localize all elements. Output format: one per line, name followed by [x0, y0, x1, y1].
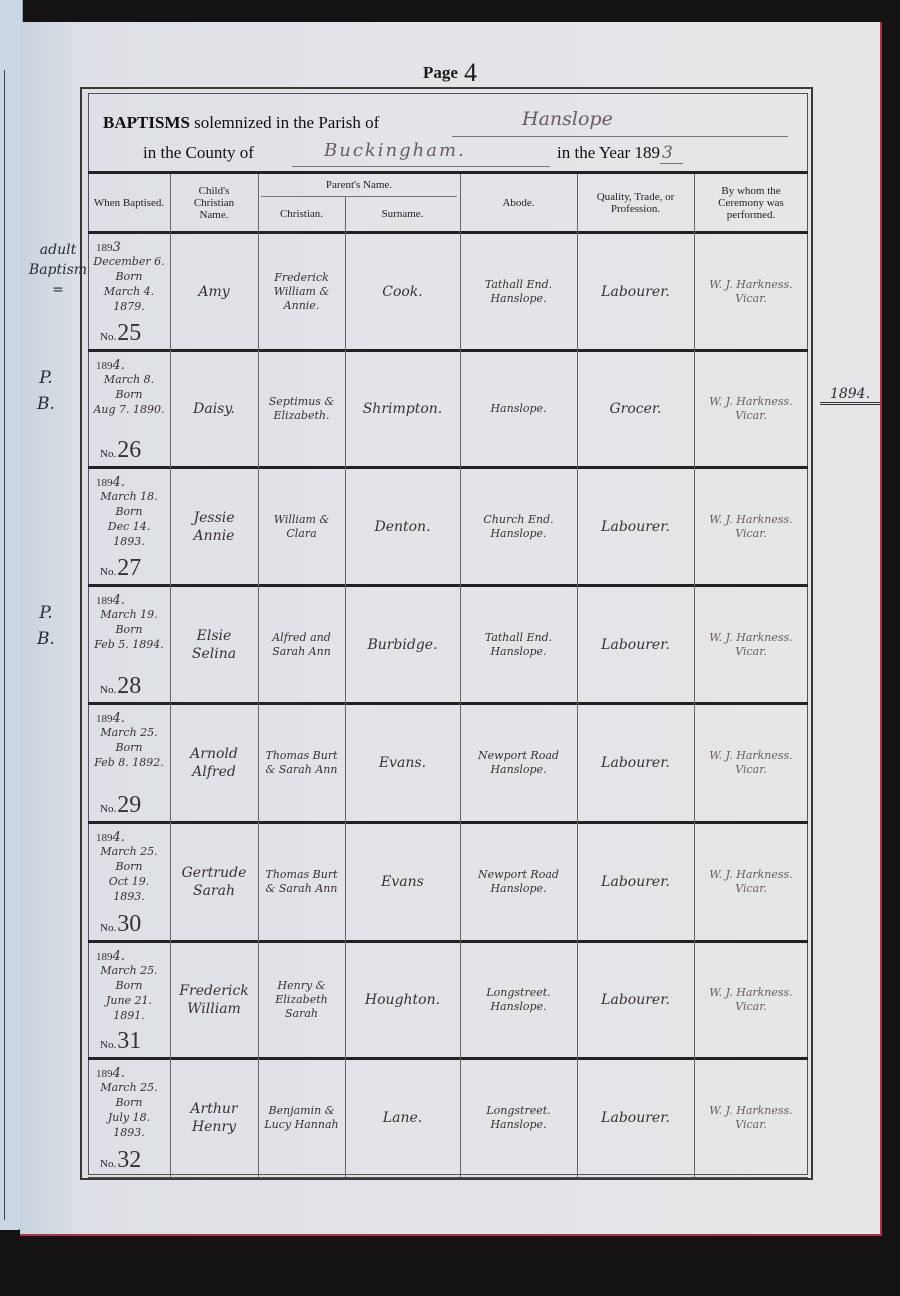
page-label-text: Page	[423, 63, 458, 82]
cell-surname: Burbidge.	[351, 587, 454, 702]
entry-number: No.32	[100, 1147, 141, 1174]
born-label: Born	[92, 622, 166, 637]
born-label: Born	[92, 740, 166, 755]
parish-value: Hanslope	[522, 108, 613, 130]
cell-surname: Shrimpton.	[351, 352, 454, 466]
baptism-year: 1894.	[96, 358, 125, 373]
page-number-value: 4	[464, 58, 477, 87]
cell-abode: Tathall End. Hanslope.	[466, 234, 571, 349]
col-header-quality: Quality, Trade, or Profession.	[577, 174, 694, 231]
cell-surname: Evans	[351, 824, 454, 940]
born-label: Born	[92, 269, 166, 284]
baptism-year: 1894.	[96, 711, 125, 726]
cell-when-baptised: 1894.March 25.BornJune 21. 1891.No.31	[88, 943, 170, 1057]
cell-parents-christian: Septimus & Elizabeth.	[264, 352, 339, 466]
cell-surname: Denton.	[351, 469, 454, 584]
title-county-label: in the County of	[143, 143, 254, 162]
col-header-when: When Baptised.	[88, 174, 170, 231]
col-divider	[577, 174, 578, 1177]
col-header-by-whom: By whom the Ceremony was performed.	[694, 174, 808, 231]
baptism-date: March 25.	[92, 725, 166, 740]
col-divider	[345, 197, 346, 1177]
cell-quality: Labourer.	[583, 824, 688, 940]
birth-date: March 4. 1879.	[92, 284, 166, 314]
cell-abode: Newport Road Hanslope.	[466, 824, 571, 940]
col-header-surname: Surname.	[345, 197, 460, 231]
cell-child: Frederick William	[176, 943, 252, 1057]
col-header-parents: Parent's Name.	[258, 174, 460, 196]
cell-parents-christian: Thomas Burt & Sarah Ann	[264, 705, 339, 821]
cell-quality: Labourer.	[583, 943, 688, 1057]
col-header-child: Child's Christian Name.	[170, 174, 258, 231]
baptism-year: 1893	[96, 240, 121, 255]
cell-parents-christian: Alfred and Sarah Ann	[264, 587, 339, 702]
cell-quality: Labourer.	[583, 1060, 688, 1176]
cell-by-whom: W. J. Harkness. Vicar.	[700, 234, 802, 349]
page-number: Page4	[0, 58, 900, 88]
cell-surname: Houghton.	[351, 943, 454, 1057]
baptism-date: March 25.	[92, 963, 166, 978]
cell-child: Jessie Annie	[176, 469, 252, 584]
cell-by-whom: W. J. Harkness. Vicar.	[700, 943, 802, 1057]
birth-date: Dec 14. 1893.	[92, 519, 166, 549]
cell-child: Arnold Alfred	[176, 705, 252, 821]
born-label: Born	[92, 504, 166, 519]
register-title-line1: BAPTISMS solemnized in the Parish of	[103, 113, 379, 133]
margin-note-adult-baptism: adult Baptism =	[28, 240, 88, 300]
born-label: Born	[92, 978, 166, 993]
birth-date: Oct 19. 1893.	[92, 874, 166, 904]
margin-note-year-1894: 1894.	[820, 386, 880, 405]
baptism-year: 1894.	[96, 949, 125, 964]
entry-number: No.28	[100, 673, 141, 700]
county-value: Buckingham.	[324, 140, 466, 161]
entry-number: No.31	[100, 1028, 141, 1055]
col-header-abode: Abode.	[460, 174, 577, 231]
baptism-date: March 18.	[92, 489, 166, 504]
cell-parents-christian: Thomas Burt & Sarah Ann	[264, 824, 339, 940]
cell-parents-christian: Henry & Elizabeth Sarah	[264, 943, 339, 1057]
cell-abode: Hanslope.	[466, 352, 571, 466]
title-baptisms: BAPTISMS	[103, 113, 190, 132]
cell-quality: Grocer.	[583, 352, 688, 466]
col-divider	[258, 174, 259, 1177]
cell-by-whom: W. J. Harkness. Vicar.	[700, 587, 802, 702]
cell-when-baptised: 1894.March 25.BornJuly 18. 1893.No.32	[88, 1060, 170, 1176]
cell-when-baptised: 1894.March 8.BornAug 7. 1890.No.26	[88, 352, 170, 466]
cell-surname: Cook.	[351, 234, 454, 349]
cell-by-whom: W. J. Harkness. Vicar.	[700, 352, 802, 466]
cell-abode: Newport Road Hanslope.	[466, 705, 571, 821]
col-divider	[460, 174, 461, 1177]
birth-date: Feb 8. 1892.	[92, 755, 166, 770]
baptism-year: 1894.	[96, 593, 125, 608]
margin-note-pb: P. B.	[34, 600, 58, 652]
baptism-year: 1894.	[96, 1066, 125, 1081]
cell-when-baptised: 1894.March 25.BornOct 19. 1893.No.30	[88, 824, 170, 940]
born-label: Born	[92, 387, 166, 402]
born-label: Born	[92, 859, 166, 874]
cell-parents-christian: William & Clara	[264, 469, 339, 584]
parish-field: Hanslope	[452, 116, 788, 137]
row-rule	[88, 1177, 808, 1178]
col-header-parent-christian: Christian.	[258, 197, 345, 231]
cell-child: Arthur Henry	[176, 1060, 252, 1176]
cell-parents-christian: Frederick William & Annie.	[264, 234, 339, 349]
cell-surname: Lane.	[351, 1060, 454, 1176]
entry-number: No.25	[100, 320, 141, 347]
col-divider	[170, 174, 171, 1177]
cell-quality: Labourer.	[583, 234, 688, 349]
baptism-year: 1894.	[96, 830, 125, 845]
cell-child: Gertrude Sarah	[176, 824, 252, 940]
born-label: Born	[92, 1095, 166, 1110]
cell-abode: Tathall End. Hanslope.	[466, 587, 571, 702]
entry-number: No.30	[100, 911, 141, 938]
baptism-year: 1894.	[96, 475, 125, 490]
birth-date: Feb 5. 1894.	[92, 637, 166, 652]
birth-date: July 18. 1893.	[92, 1110, 166, 1140]
register-year-label: in the Year 1893	[557, 143, 683, 163]
cell-parents-christian: Benjamin & Lucy Hannah	[264, 1060, 339, 1176]
cell-quality: Labourer.	[583, 587, 688, 702]
cell-by-whom: W. J. Harkness. Vicar.	[700, 1060, 802, 1176]
cell-abode: Church End. Hanslope.	[466, 469, 571, 584]
cell-child: Amy	[176, 234, 252, 349]
baptism-date: March 25.	[92, 844, 166, 859]
cell-abode: Longstreet. Hanslope.	[466, 1060, 571, 1176]
title-year-label: in the Year 189	[557, 143, 660, 162]
baptism-date: December 6.	[92, 254, 166, 269]
cell-quality: Labourer.	[583, 469, 688, 584]
baptism-date: March 25.	[92, 1080, 166, 1095]
county-field: Buckingham.	[292, 146, 550, 167]
margin-note-pb: P. B.	[34, 365, 58, 417]
col-divider	[694, 174, 695, 1177]
register-title-line2: in the County of	[143, 143, 254, 163]
cell-by-whom: W. J. Harkness. Vicar.	[700, 705, 802, 821]
cell-when-baptised: 1894.March 18.BornDec 14. 1893.No.27	[88, 469, 170, 584]
cell-by-whom: W. J. Harkness. Vicar.	[700, 469, 802, 584]
cell-by-whom: W. J. Harkness. Vicar.	[700, 824, 802, 940]
cell-quality: Labourer.	[583, 705, 688, 821]
cell-abode: Longstreet. Hanslope.	[466, 943, 571, 1057]
cell-surname: Evans.	[351, 705, 454, 821]
year-digit: 3	[660, 143, 683, 164]
title-parish-label: solemnized in the Parish of	[194, 113, 379, 132]
cell-child: Elsie Selina	[176, 587, 252, 702]
baptism-date: March 19.	[92, 607, 166, 622]
cell-child: Daisy.	[176, 352, 252, 466]
cell-when-baptised: 1894.March 25.BornFeb 8. 1892.No.29	[88, 705, 170, 821]
birth-date: June 21. 1891.	[92, 993, 166, 1023]
cell-when-baptised: 1893December 6.BornMarch 4. 1879.No.25	[88, 234, 170, 349]
birth-date: Aug 7. 1890.	[92, 402, 166, 417]
baptism-date: March 8.	[92, 372, 166, 387]
cell-when-baptised: 1894.March 19.BornFeb 5. 1894.No.28	[88, 587, 170, 702]
entry-number: No.27	[100, 555, 141, 582]
entry-number: No.29	[100, 792, 141, 819]
entry-number: No.26	[100, 437, 141, 464]
